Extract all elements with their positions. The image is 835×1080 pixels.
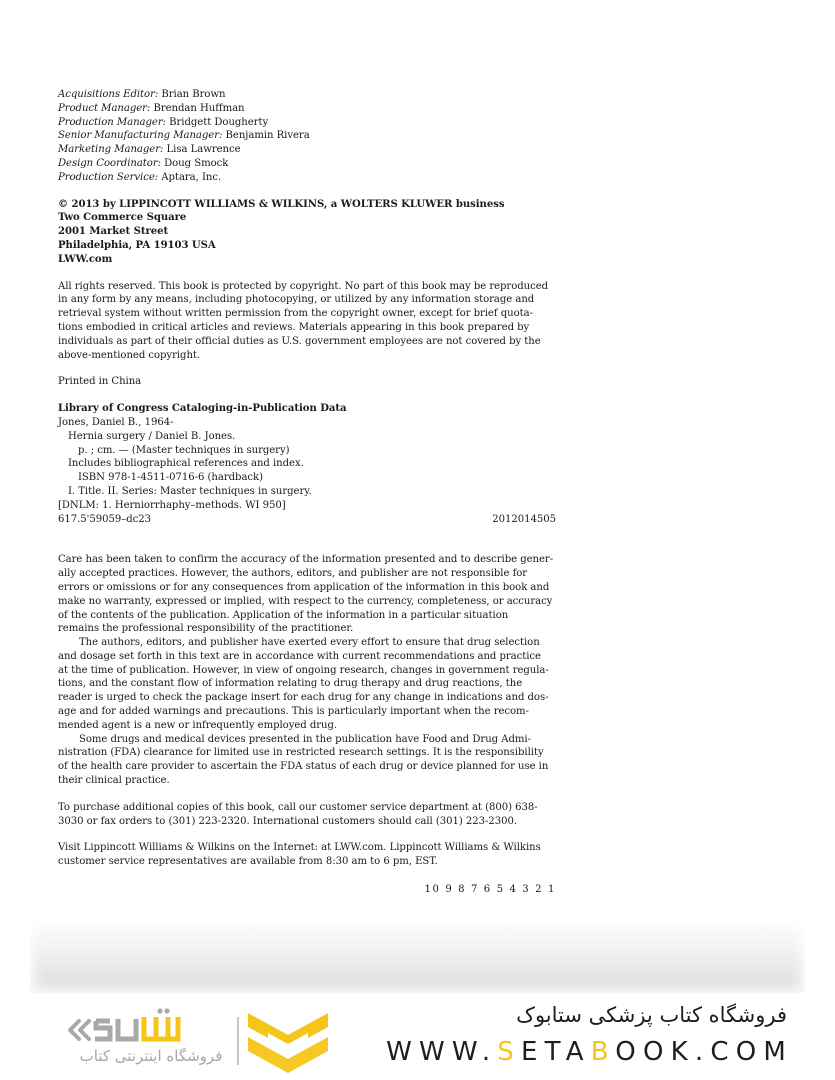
watermark-footer: فروشگاه اینترنتی کتاب فروشگاه کتاب پزشکی… [0, 993, 835, 1080]
credit-line: Marketing Manager: Lisa Lawrence [58, 143, 556, 157]
logo-tagline: فروشگاه اینترنتی کتاب [76, 1047, 226, 1065]
credit-line: Product Manager: Brendan Huffman [58, 102, 556, 116]
credit-line: Acquisitions Editor: Brian Brown [58, 88, 556, 102]
cip-data: Library of Congress Cataloging-in-Public… [58, 402, 556, 526]
cip-classification-row: 617.5'59059–dc23 2012014505 [58, 513, 556, 527]
setabook-logo: فروشگاه اینترنتی کتاب [62, 1007, 332, 1073]
page-bottom-shadow [30, 918, 805, 993]
url-part: ETA [521, 1037, 591, 1067]
website-info: Visit Lippincott Williams & Wilkins on t… [58, 841, 556, 869]
store-name: فروشگاه کتاب پزشکی ستابوک [516, 1003, 787, 1027]
url-part: WWW. [386, 1037, 497, 1067]
copyright-page: Acquisitions Editor: Brian Brown Product… [0, 0, 835, 920]
disclaimer: Care has been taken to confirm the accur… [58, 553, 556, 788]
publisher-website: LWW.com [58, 253, 556, 267]
disclaimer-paragraph-3: Some drugs and medical devices presented… [58, 733, 556, 788]
rights-statement: All rights reserved. This book is protec… [58, 280, 556, 363]
printed-in: Printed in China [58, 375, 556, 389]
city-line: Philadelphia, PA 19103 USA [58, 239, 556, 253]
url-part-accent: B [591, 1037, 616, 1067]
cip-physical: p. ; cm. — (Master techniques in surgery… [58, 444, 556, 458]
production-credits: Acquisitions Editor: Brian Brown Product… [58, 88, 556, 185]
cip-dnlm: [DNLM: 1. Herniorrhaphy–methods. WI 950] [58, 499, 556, 513]
copyright-line: © 2013 by LIPPINCOTT WILLIAMS & WILKINS,… [58, 198, 556, 212]
url-part-accent: S [497, 1037, 521, 1067]
address-line-1: Two Commerce Square [58, 211, 556, 225]
cip-lccn: 2012014505 [492, 513, 556, 527]
disclaimer-paragraph-1: Care has been taken to confirm the accur… [58, 553, 556, 636]
credit-line: Design Coordinator: Doug Smock [58, 157, 556, 171]
store-url[interactable]: WWW.SETABOOK.COM [386, 1037, 793, 1067]
ordering-info: To purchase additional copies of this bo… [58, 801, 556, 829]
cip-book-title: Hernia surgery / Daniel B. Jones. [58, 430, 556, 444]
cip-notes: Includes bibliographical references and … [58, 457, 556, 471]
address-line-2: 2001 Market Street [58, 225, 556, 239]
disclaimer-paragraph-2: The authors, editors, and publisher have… [58, 636, 556, 733]
cip-classification: 617.5'59059–dc23 [58, 513, 151, 527]
cip-author: Jones, Daniel B., 1964- [58, 416, 556, 430]
publisher-info: © 2013 by LIPPINCOTT WILLIAMS & WILKINS,… [58, 198, 556, 267]
cip-series: I. Title. II. Series: Master techniques … [58, 485, 556, 499]
credit-line: Production Manager: Bridgett Dougherty [58, 116, 556, 130]
credit-line: Production Service: Aptara, Inc. [58, 171, 556, 185]
page-content: Acquisitions Editor: Brian Brown Product… [58, 88, 556, 897]
printer-key: 10 9 8 7 6 5 4 3 2 1 [58, 883, 556, 897]
cip-isbn: ISBN 978-1-4511-0716-6 (hardback) [58, 471, 556, 485]
url-part: OOK.COM [615, 1037, 793, 1067]
cip-title: Library of Congress Cataloging-in-Public… [58, 402, 556, 416]
credit-line: Senior Manufacturing Manager: Benjamin R… [58, 129, 556, 143]
